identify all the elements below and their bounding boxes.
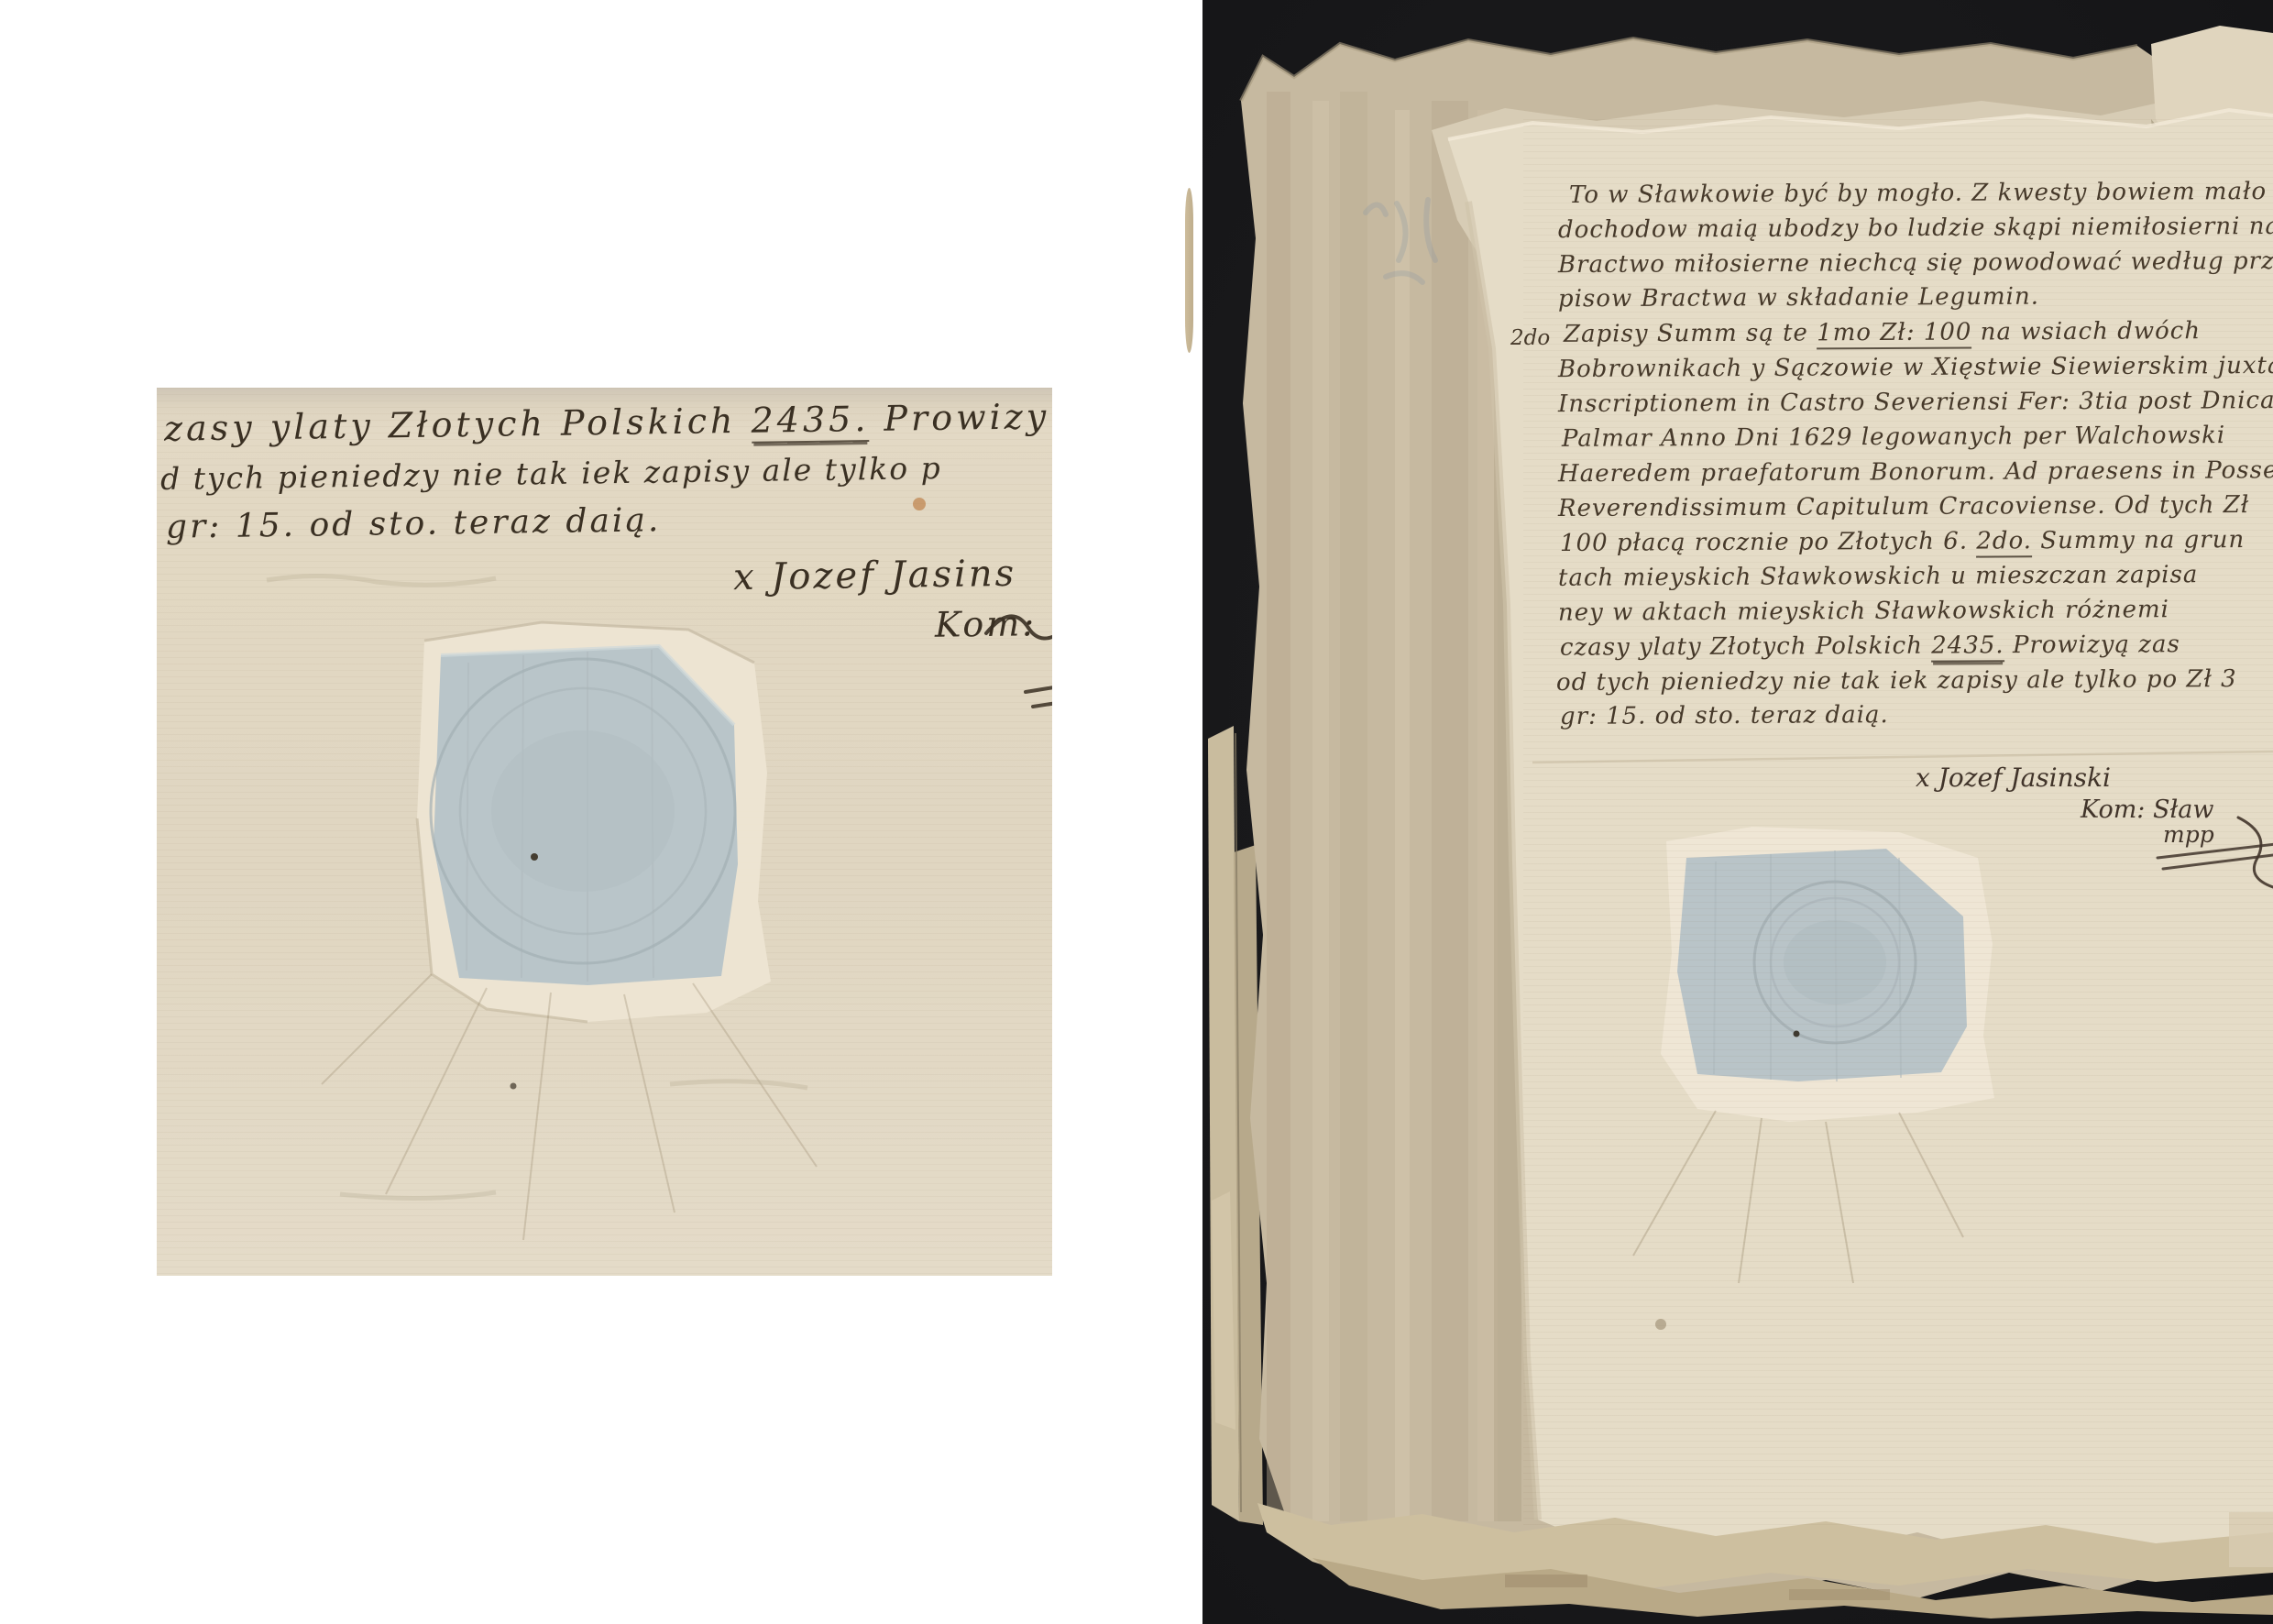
signature-text: x Jozef Jasinski — [1916, 763, 2111, 793]
line-segment: Inscriptionem in Castro Severiensi Fer: … — [1558, 387, 2273, 418]
manuscript-line: pisow Bractwa w składanie Legumin. — [1558, 283, 2039, 313]
manuscript-line: Inscriptionem in Castro Severiensi Fer: … — [1558, 387, 2273, 418]
margin-label-text: 2do — [1510, 326, 1550, 350]
line-segment: Prowizyą zas — [2004, 631, 2180, 659]
line-segment: od tych pieniedzy nie tak iek zapisy ale… — [1556, 665, 2237, 697]
manuscript-line: tach mieyskich Sławkowskich u mieszczan … — [1558, 561, 2199, 592]
manuscript-line: Bractwo miłosierne niechcą się powodować… — [1558, 247, 2273, 279]
paraph-flourish — [2147, 816, 2273, 889]
line-segment: pisow Bractwa w składanie Legumin. — [1558, 283, 2039, 313]
line-segment: dochodow maią ubodzy bo ludzie skąpi nie… — [1558, 213, 2273, 244]
manuscript-line: Haeredem praefatorum Bonorum. Ad praesen… — [1558, 456, 2273, 488]
ink-speck — [511, 1083, 517, 1090]
ink-speck — [531, 853, 538, 861]
manuscript-line: ney w aktach mieyskich Sławkowskich różn… — [1558, 596, 2169, 626]
line-segment: Bractwo miłosierne niechcą się powodować… — [1558, 247, 2273, 279]
line-segment: czasy ylaty Złotych Polskich — [1560, 632, 1931, 662]
manuscript-line: 100 płacą rocznie po Złotych 6. 2do. Sum… — [1560, 526, 2245, 557]
manuscript-line: Reverendissimum Capitulum Cracoviense. O… — [1558, 491, 2249, 522]
line-segment: Haeredem praefatorum Bonorum. Ad praesen… — [1558, 456, 2273, 488]
line-segment: na wsiach dwóch — [1971, 317, 2201, 346]
foxing-stain — [913, 498, 926, 510]
underlined-amount: 1mo Zł: 100 — [1817, 318, 1971, 349]
line-segment: ney w aktach mieyskich Sławkowskich różn… — [1558, 596, 2169, 626]
manuscript-line: od tych pieniedzy nie tak iek zapisy ale… — [1556, 665, 2237, 697]
seal-and-creases-graphic — [157, 388, 1052, 1276]
line-segment: gr: 15. od sto. teraz daią. — [1560, 701, 1889, 730]
manuscript-line: Bobrownikach y Sączowie w Xięstwie Siewi… — [1558, 352, 2273, 383]
manuscript-photo-figure: 2do To w Sławkowie być by mogło. Z kwest… — [1202, 0, 2273, 1624]
underlined-amount: 2do. — [1976, 527, 2032, 557]
manuscript-line: gr: 15. od sto. teraz daią. — [1560, 701, 1889, 730]
line-segment: Reverendissimum Capitulum Cracoviense. O… — [1558, 491, 2249, 522]
line-segment: Palmar Anno Dni 1629 legowanych per Walc… — [1562, 422, 2225, 453]
line-segment: To w Sławkowie być by mogło. Z kwesty bo… — [1569, 178, 2267, 209]
underlined-amount: 2435. — [1931, 631, 2004, 662]
manuscript-line: dochodow maią ubodzy bo ludzie skąpi nie… — [1558, 213, 2273, 244]
manuscript-line: czasy ylaty Złotych Polskich 2435. Prowi… — [1560, 631, 2180, 662]
protruding-page-edge — [1185, 188, 1193, 353]
line-segment: Bobrownikach y Sączowie w Xięstwie Siewi… — [1558, 352, 2273, 383]
line-segment: Summy na grun — [2032, 526, 2245, 554]
screenshot-canvas: zasy ylaty Złotych Polskich 2435. Prowiz… — [0, 0, 2273, 1624]
manuscript-line: Zapisy Summ są te 1mo Zł: 100 na wsiach … — [1564, 317, 2201, 348]
manuscript-line: To w Sławkowie być by mogło. Z kwesty bo… — [1569, 178, 2267, 209]
manuscript-line: Palmar Anno Dni 1629 legowanych per Walc… — [1562, 422, 2225, 453]
signature: x Jozef Jasinski — [1916, 763, 2111, 793]
line-segment: tach mieyskich Sławkowskich u mieszczan … — [1558, 561, 2199, 592]
line-segment: 100 płacą rocznie po Złotych 6. — [1560, 528, 1976, 557]
line-segment: Zapisy Summ są te — [1564, 319, 1817, 347]
margin-item-label: 2do — [1510, 326, 1550, 350]
detail-crop-figure: zasy ylaty Złotych Polskich 2435. Prowiz… — [157, 388, 1052, 1276]
paraph-flourish — [986, 608, 1052, 740]
